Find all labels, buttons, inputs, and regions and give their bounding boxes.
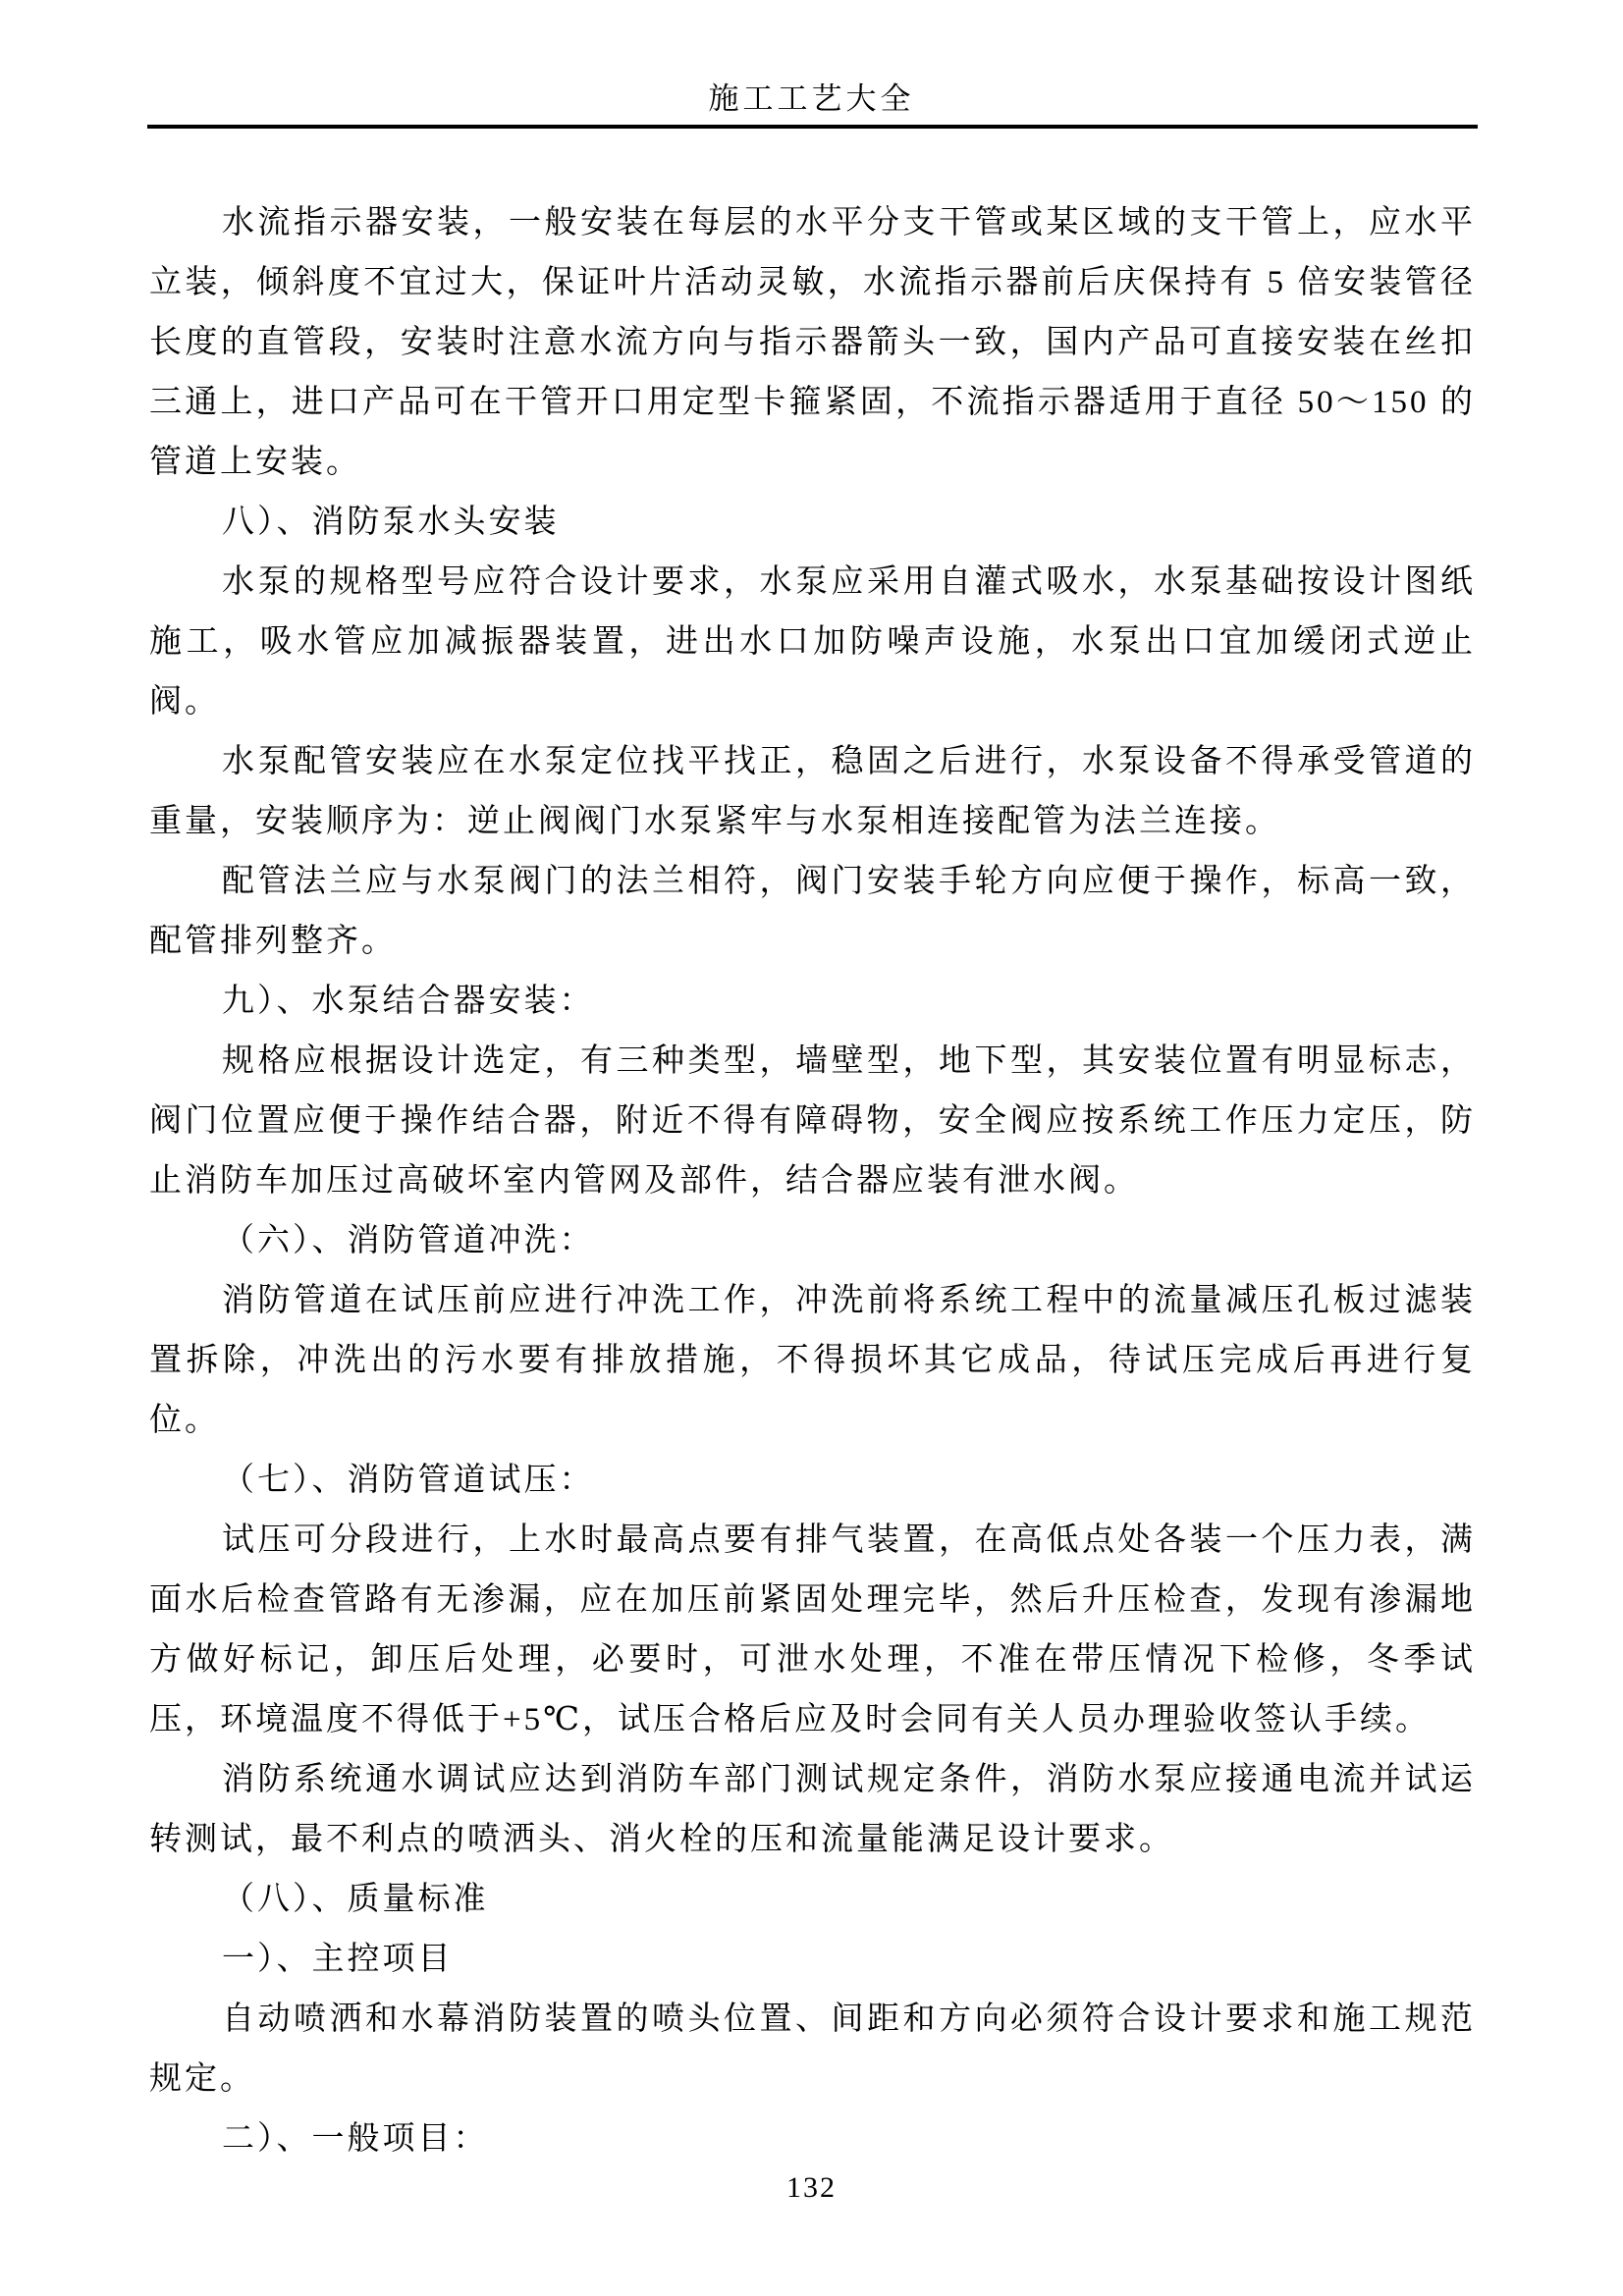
paragraph: 水泵配管安装应在水泵定位找平找正，稳固之后进行，水泵设备不得承受管道的重量，安装… <box>149 732 1476 852</box>
paragraph: 水流指示器安装，一般安装在每层的水平分支干管或某区域的支干管上，应水平立装，倾斜… <box>149 193 1476 493</box>
paragraph: 规格应根据设计选定，有三种类型，墙壁型，地下型，其安装位置有明显标志，阀门位置应… <box>149 1032 1476 1211</box>
page-header: 施工工艺大全 <box>0 0 1623 129</box>
section-heading: （八）、质量标准 <box>149 1870 1476 1930</box>
paragraph: 配管法兰应与水泵阀门的法兰相符，阀门安装手轮方向应便于操作，标高一致，配管排列整… <box>149 852 1476 972</box>
document-page: 施工工艺大全 水流指示器安装，一般安装在每层的水平分支干管或某区域的支干管上，应… <box>0 0 1623 2296</box>
paragraph: 试压可分段进行，上水时最高点要有排气装置，在高低点处各装一个压力表，满面水后检查… <box>149 1511 1476 1750</box>
document-body: 水流指示器安装，一般安装在每层的水平分支干管或某区域的支干管上，应水平立装，倾斜… <box>149 193 1476 2169</box>
header-divider <box>147 125 1478 129</box>
paragraph: 水泵的规格型号应符合设计要求，水泵应采用自灌式吸水，水泵基础按设计图纸施工，吸水… <box>149 553 1476 732</box>
paragraph: 自动喷洒和水幕消防装置的喷头位置、间距和方向必须符合设计要求和施工规范规定。 <box>149 1990 1476 2109</box>
section-heading: 一）、主控项目 <box>149 1930 1476 1990</box>
section-heading: （七）、消防管道试压： <box>149 1451 1476 1511</box>
page-footer: 132 <box>0 2171 1623 2205</box>
header-title: 施工工艺大全 <box>709 82 915 116</box>
paragraph: 消防管道在试压前应进行冲洗工作，冲洗前将系统工程中的流量减压孔板过滤装置拆除，冲… <box>149 1271 1476 1451</box>
section-heading: 九）、水泵结合器安装： <box>149 972 1476 1032</box>
section-heading: （六）、消防管道冲洗： <box>149 1211 1476 1271</box>
page-number: 132 <box>786 2171 837 2204</box>
section-heading: 二）、一般项目： <box>149 2109 1476 2169</box>
section-heading: 八）、消防泵水头安装 <box>149 493 1476 553</box>
paragraph: 消防系统通水调试应达到消防车部门测试规定条件，消防水泵应接通电流并试运转测试，最… <box>149 1750 1476 1870</box>
